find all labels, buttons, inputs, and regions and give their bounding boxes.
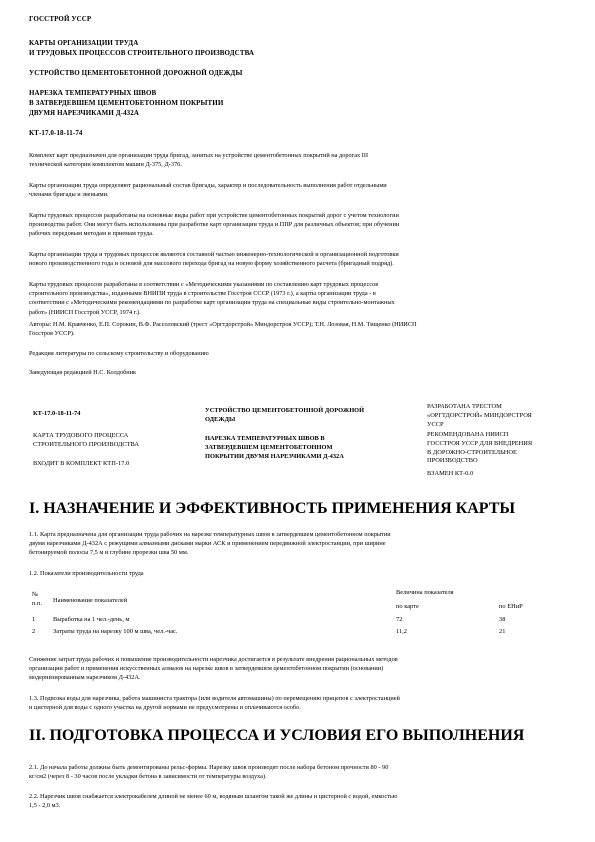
header-series-line1: КАРТЫ ОРГАНИЗАЦИИ ТРУДА — [29, 39, 138, 48]
table-row-1-num: 1 — [32, 615, 35, 624]
section-2-paragraph-2-2: 2.2. Нарезчик швов снабжается электрокаб… — [29, 792, 569, 810]
table-header-enir: по ЕНиР — [499, 602, 523, 611]
intro-paragraph-1: Комплект карт предназначен для организац… — [29, 151, 569, 169]
title-block-card-type: КАРТА ТРУДОВОГО ПРОЦЕССА СТРОИТЕЛЬНОГО П… — [33, 432, 139, 450]
table-header-num: № п.п. — [32, 590, 42, 608]
header-title-line3: ДВУМЯ НАРЕЗЧИКАМИ Д-432А — [29, 109, 139, 118]
title-block-developed: РАЗРАБОТАНА ТРЕСТОМ «ОРГТДОРСТРОЙ» МИНДО… — [427, 403, 532, 429]
table-header-group: Величина показателя — [396, 588, 454, 597]
section-2-heading: II. ПОДГОТОВКА ПРОЦЕССА И УСЛОВИЯ ЕГО ВЫ… — [29, 727, 524, 745]
section-1-paragraph-1-2: 1.2. Показатели производительности труда — [29, 569, 569, 578]
section-1-reduction-paragraph: Снижение затрат труда рабочих и повышени… — [29, 655, 569, 683]
header-org: ГОССТРОЙ УССР — [29, 15, 91, 24]
section-1-paragraph-1-3: 1.3. Подвозка воды для нарезчика, работа… — [29, 694, 569, 712]
header-title-line1: НАРЕЗКА ТЕМПЕРАТУРНЫХ ШВОВ — [29, 89, 156, 98]
title-block-code: КТ-17.0-18-11-74 — [33, 410, 80, 419]
section-1-paragraph-1-1: 1.1. Карта предназначена для организации… — [29, 530, 569, 558]
table-row-1-name: Выработка на 1 чел.-день, м — [53, 615, 129, 624]
table-row-1-enir: 38 — [499, 615, 505, 624]
intro-authors: Авторы: Н.М. Кравченко, Е.П. Сорокин, В.… — [29, 320, 569, 338]
table-row-2-card: 11,2 — [396, 627, 407, 636]
productivity-table: № п.п. Наименование показателей Величина… — [29, 590, 569, 640]
table-header-name: Наименование показателей — [53, 596, 127, 605]
intro-paragraph-3: Карты трудовых процессов разработаны на … — [29, 211, 569, 239]
table-row-2-name: Затраты труда на нарезку 100 м шва, чел.… — [53, 627, 177, 636]
intro-editor: Заведующая редакцией Н.С. Колдобник — [29, 368, 569, 377]
title-block-subject: УСТРОЙСТВО ЦЕМЕНТОБЕТОННОЙ ДОРОЖНОЙ ОДЕЖ… — [205, 407, 364, 425]
header-subject: УСТРОЙСТВО ЦЕМЕНТОБЕТОННОЙ ДОРОЖНОЙ ОДЕЖ… — [29, 69, 242, 78]
table-row-2-enir: 21 — [499, 627, 505, 636]
intro-editorial: Редакция литературы по сельскому строите… — [29, 349, 569, 358]
table-row-1-card: 72 — [396, 615, 402, 624]
table-header-card: по карте — [396, 602, 419, 611]
header-title-line2: В ЗАТВЕРДЕВШЕМ ЦЕМЕНТОБЕТОННОМ ПОКРЫТИИ — [29, 99, 223, 108]
header-code: КТ-17.0-18-11-74 — [29, 129, 83, 138]
table-row-2-num: 2 — [32, 627, 35, 636]
title-block-recommended: РЕКОМЕНДОВАНА НИИСП ГОССТРОЯ УССР ДЛЯ ВН… — [427, 431, 532, 466]
section-1-heading: I. НАЗНАЧЕНИЕ И ЭФФЕКТИВНОСТЬ ПРИМЕНЕНИЯ… — [29, 500, 515, 518]
intro-paragraph-5: Карты трудовых процессов разработаны в с… — [29, 280, 569, 317]
intro-paragraph-4: Карты организации труда и трудовых проце… — [29, 250, 569, 268]
title-block-replaces: ВЗАМЕН КТ-0.0 — [427, 470, 473, 479]
title-block-kit: ВХОДИТ В КОМПЛЕКТ КТП-17.0 — [33, 460, 129, 469]
header-series-line2: И ТРУДОВЫХ ПРОЦЕССОВ СТРОИТЕЛЬНОГО ПРОИЗ… — [29, 49, 254, 58]
intro-paragraph-2: Карты организации труда определяют рацио… — [29, 181, 569, 199]
title-block-title: НАРЕЗКА ТЕМПЕРАТУРНЫХ ШВОВ В ЗАТВЕРДЕВШЕ… — [205, 435, 344, 461]
section-2-paragraph-2-1: 2.1. До начала работы должны быть демонт… — [29, 763, 569, 781]
title-block: КТ-17.0-18-11-74 КАРТА ТРУДОВОГО ПРОЦЕСС… — [29, 392, 569, 492]
